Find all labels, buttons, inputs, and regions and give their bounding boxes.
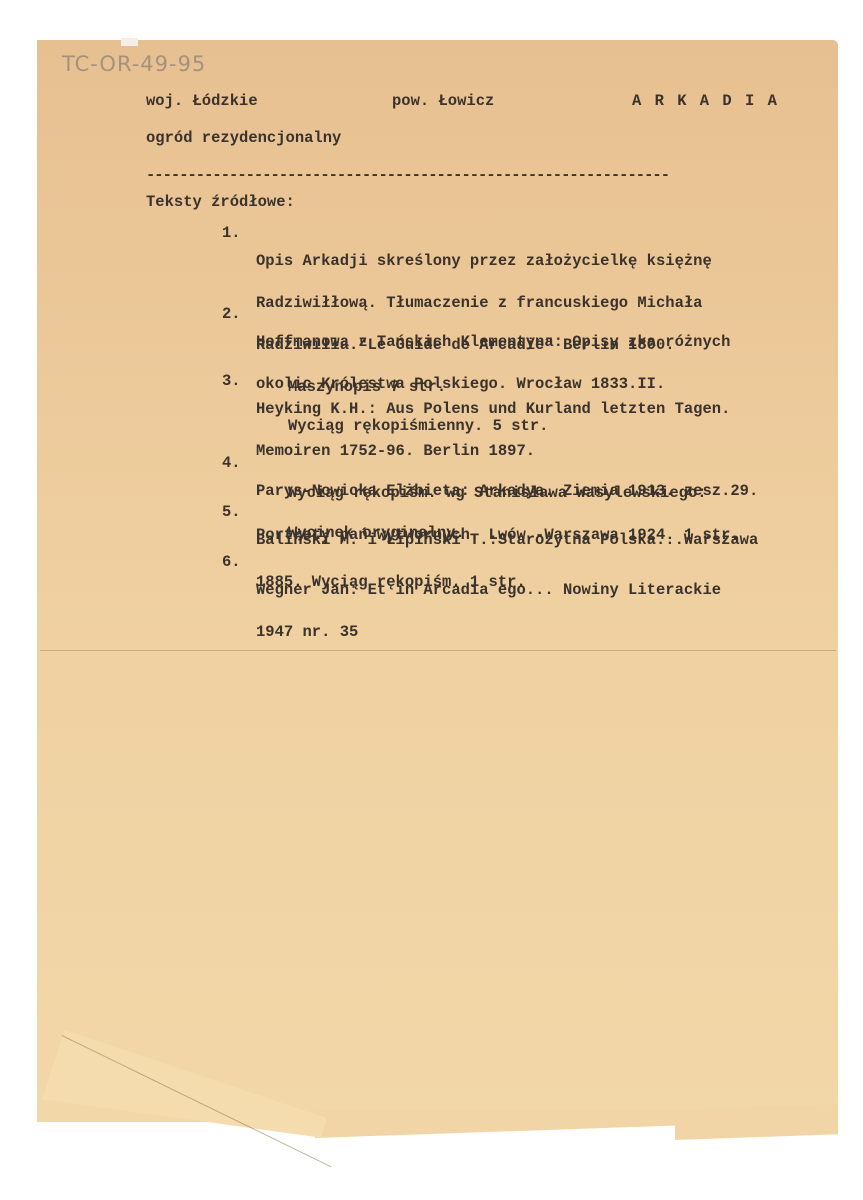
item-number: 1.	[222, 226, 241, 240]
source-list-item: 1. Opis Arkadji skreślony przez założyci…	[222, 226, 241, 268]
header-site-type: ogród rezydencjonalny	[146, 131, 341, 145]
header-county: pow. Łowicz	[392, 94, 494, 108]
item-line: Parys-Nowicka Elżbieta: Arkadya. Ziemia …	[256, 484, 758, 498]
item-number: 2.	[222, 307, 241, 321]
source-list-item: 4. Parys-Nowicka Elżbieta: Arkadya. Ziem…	[222, 456, 241, 498]
section-title: Teksty źródłowe:	[146, 195, 295, 209]
item-line: Wegner Jan: Et in Arcadia ego... Nowiny …	[256, 583, 721, 597]
item-number: 3.	[222, 374, 241, 388]
source-list-item: 3. Heyking K.H.: Aus Polens und Kurland …	[222, 374, 241, 416]
item-line: Hoffmanowa z Tańskich Klementyna: Opisy …	[256, 335, 730, 349]
source-list-item: 6. Wegner Jan: Et in Arcadia ego... Nowi…	[222, 555, 241, 597]
item-number: 4.	[222, 456, 241, 470]
item-number: 6.	[222, 555, 241, 569]
item-line: 1947 nr. 35	[256, 625, 721, 639]
paper-notch	[121, 38, 138, 46]
source-list-item: 5. Baliński M. i Lipiński T.:Starożytna …	[222, 505, 241, 547]
paper-torn-edge	[315, 1110, 680, 1138]
item-line: Baliński M. i Lipiński T.:Starożytna Pol…	[256, 533, 758, 547]
dashed-separator: ----------------------------------------…	[146, 168, 669, 182]
paper-torn-edge-right	[675, 1104, 838, 1140]
source-list-item: 2. Hoffmanowa z Tańskich Klementyna: Opi…	[222, 307, 241, 349]
header-voivodeship: woj. Łódzkie	[146, 94, 258, 108]
header-place-name: A R K A D I A	[632, 94, 779, 108]
item-line: Heyking K.H.: Aus Polens und Kurland let…	[256, 402, 740, 416]
item-number: 5.	[222, 505, 241, 519]
archive-reference-handwritten: TC-OR-49-95	[62, 52, 206, 76]
item-line: Opis Arkadji skreślony przez założycielk…	[256, 254, 712, 268]
